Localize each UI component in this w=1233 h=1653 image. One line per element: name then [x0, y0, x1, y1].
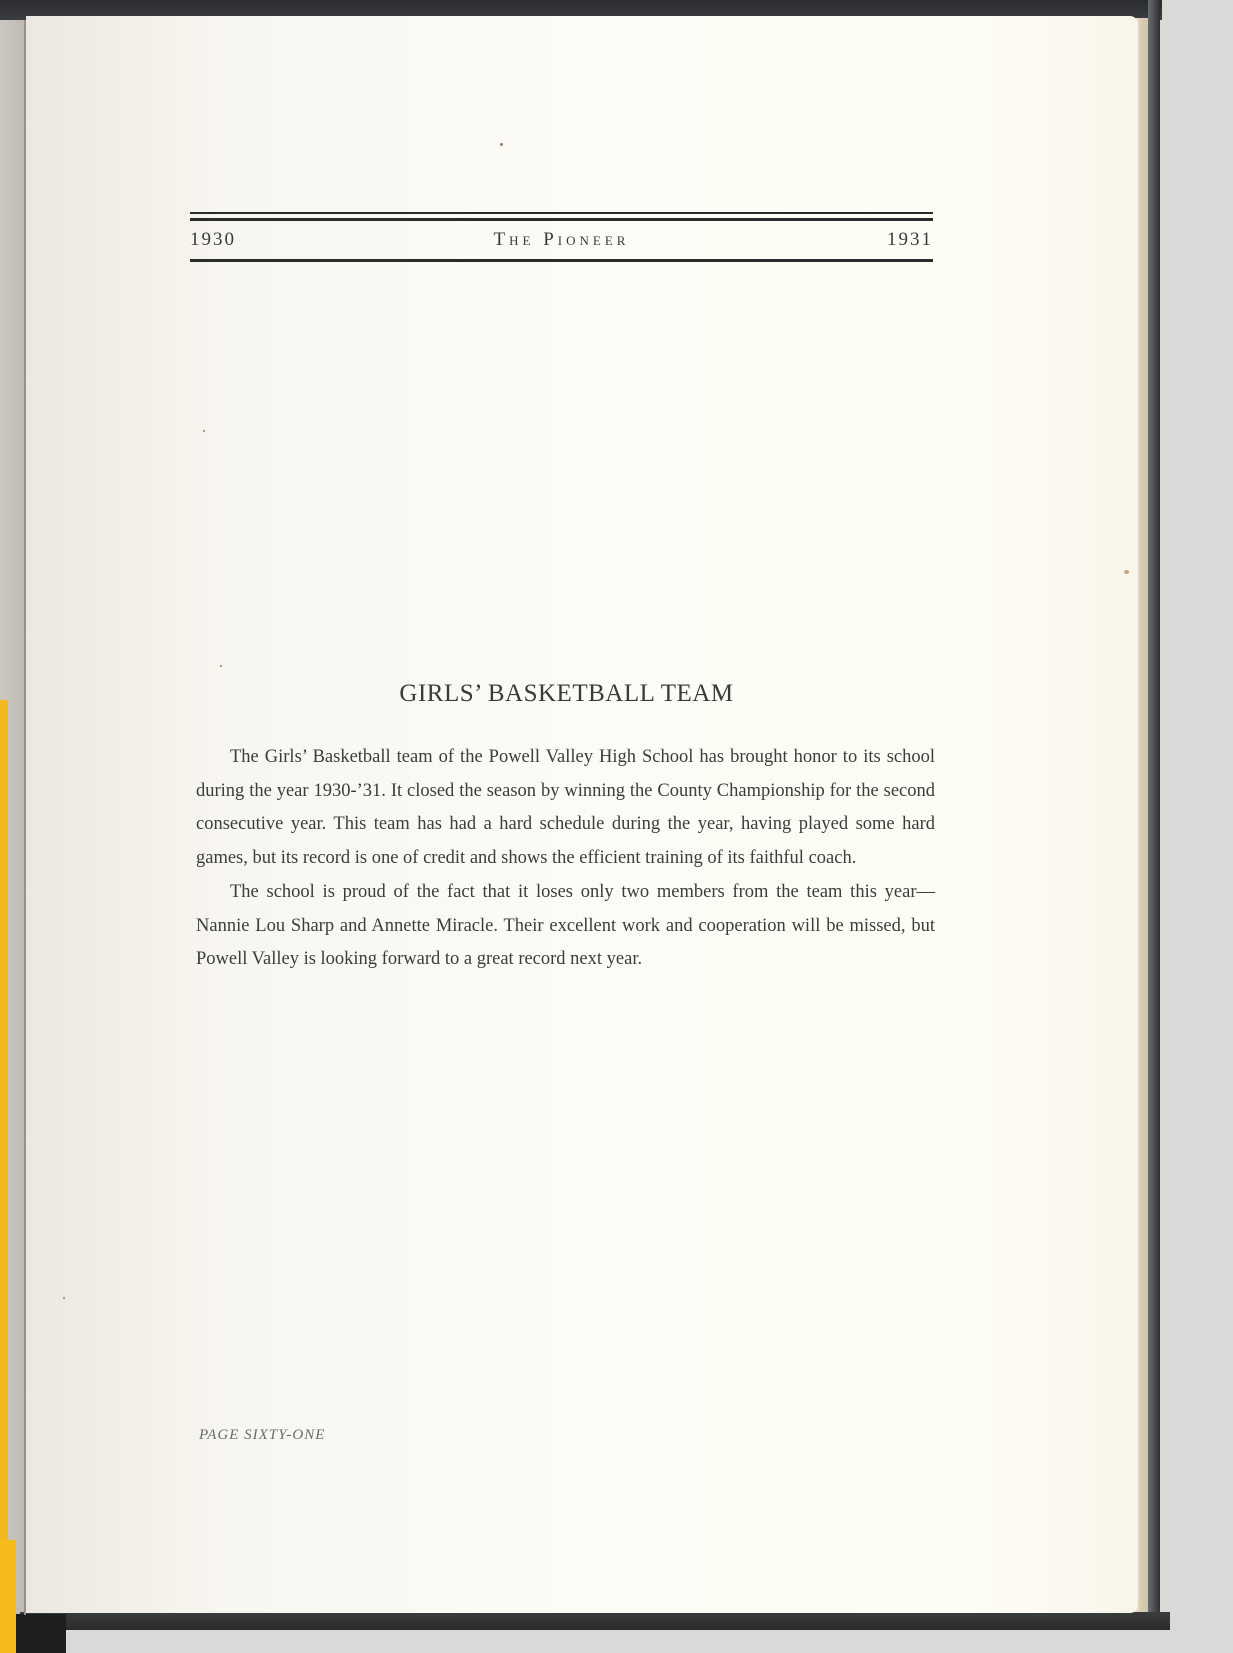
section-heading: GIRLS’ BASKETBALL TEAM	[0, 680, 1133, 708]
header-rule-double	[190, 218, 933, 221]
paper-stain	[1124, 570, 1129, 574]
book-binding-right	[1148, 0, 1160, 1630]
header-title: The Pioneer	[190, 229, 933, 251]
paper-speck	[500, 143, 503, 146]
paper-speck	[63, 1297, 65, 1299]
paper-speck	[203, 430, 205, 432]
book-binding-bottom	[20, 1612, 1170, 1630]
page-gutter	[24, 20, 26, 1615]
running-head: 1930 The Pioneer 1931	[190, 210, 933, 262]
page-number-label: PAGE SIXTY-ONE	[199, 1427, 325, 1444]
section-heading-text: GIRLS’ BASKETBALL TEAM	[399, 680, 733, 708]
yellow-edge-stripe-lower	[0, 1540, 16, 1653]
book-corner-shadow	[16, 1614, 66, 1653]
article-body: The Girls’ Basketball team of the Powell…	[196, 741, 935, 977]
header-year-right: 1931	[887, 229, 933, 251]
paper-speck	[220, 665, 222, 667]
yellow-edge-stripe	[0, 700, 8, 1653]
header-rule-bottom	[190, 259, 933, 262]
header-rule-top	[190, 212, 933, 214]
paragraph: The school is proud of the fact that it …	[196, 876, 935, 977]
paragraph: The Girls’ Basketball team of the Powell…	[196, 741, 935, 876]
